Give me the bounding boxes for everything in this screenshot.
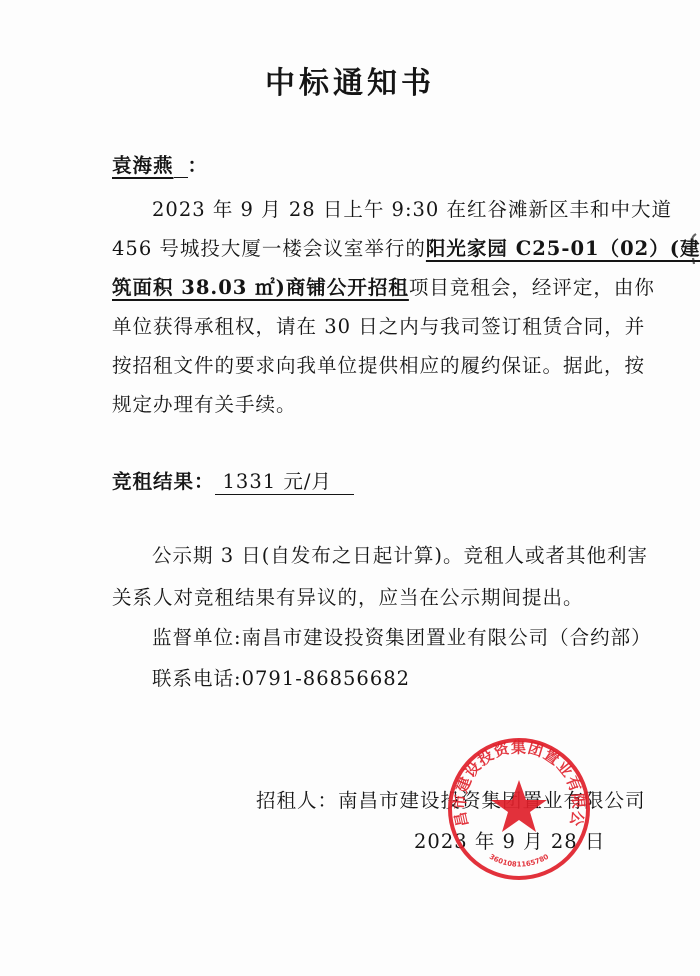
body-line-3-suffix: 项目竞租会，经评定，由你 — [409, 276, 655, 299]
supervisor-line: 监督单位:南昌市建设投资集团置业有限公司（合约部） — [152, 622, 652, 650]
body-line-6: 规定办理有关手续。 — [112, 389, 297, 417]
property-area: 筑面积 38.03 ㎡)商铺公开招租 — [112, 276, 409, 299]
recipient-name: 袁海燕 — [112, 154, 174, 177]
body-line-2: 456 号城投大厦一楼会议室举行的阳光家园 C25-01（02）(建 — [112, 233, 700, 261]
notice-line-1: 公示期 3 日(自发布之日起计算)。竞租人或者其他利害 — [152, 540, 648, 568]
body-line-4: 单位获得承租权，请在 30 日之内与我司签订租赁合同，并 — [112, 311, 645, 339]
body-line-1: 2023 年 9 月 28 日上午 9:30 在红谷滩新区丰和中大道 — [152, 194, 672, 222]
star-icon — [491, 780, 547, 832]
company-seal-stamp: 南昌市建设投资集团置业有限公司 3601081165780 — [446, 736, 592, 882]
recipient-line: 袁海燕： — [112, 150, 208, 178]
notice-line-2: 关系人对竞租结果有异议的，应当在公示期间提出。 — [112, 582, 584, 610]
document-page: 中标通知书 袁海燕： 2023 年 9 月 28 日上午 9:30 在红谷滩新区… — [0, 0, 700, 976]
body-line-5: 按招租文件的要求向我单位提供相应的履约保证。据此，按 — [112, 350, 645, 378]
body-line-2-prefix: 456 号城投大厦一楼会议室举行的 — [112, 237, 426, 260]
recipient-colon: ： — [188, 154, 209, 177]
svg-text:3601081165780: 3601081165780 — [488, 853, 550, 869]
body-line-3: 筑面积 38.03 ㎡)商铺公开招租项目竞租会，经评定，由你 — [112, 272, 655, 300]
result-label: 竞租结果： — [112, 470, 215, 493]
property-name: 阳光家园 C25-01（02）(建 — [426, 237, 700, 260]
scan-artifact — [688, 230, 698, 270]
stamp-number: 3601081165780 — [488, 853, 550, 869]
contact-line: 联系电话:0791-86856682 — [152, 663, 410, 691]
document-title: 中标通知书 — [0, 58, 700, 102]
result-line: 竞租结果：1331 元/月 — [112, 466, 354, 495]
result-value: 1331 元/月 — [215, 466, 354, 495]
